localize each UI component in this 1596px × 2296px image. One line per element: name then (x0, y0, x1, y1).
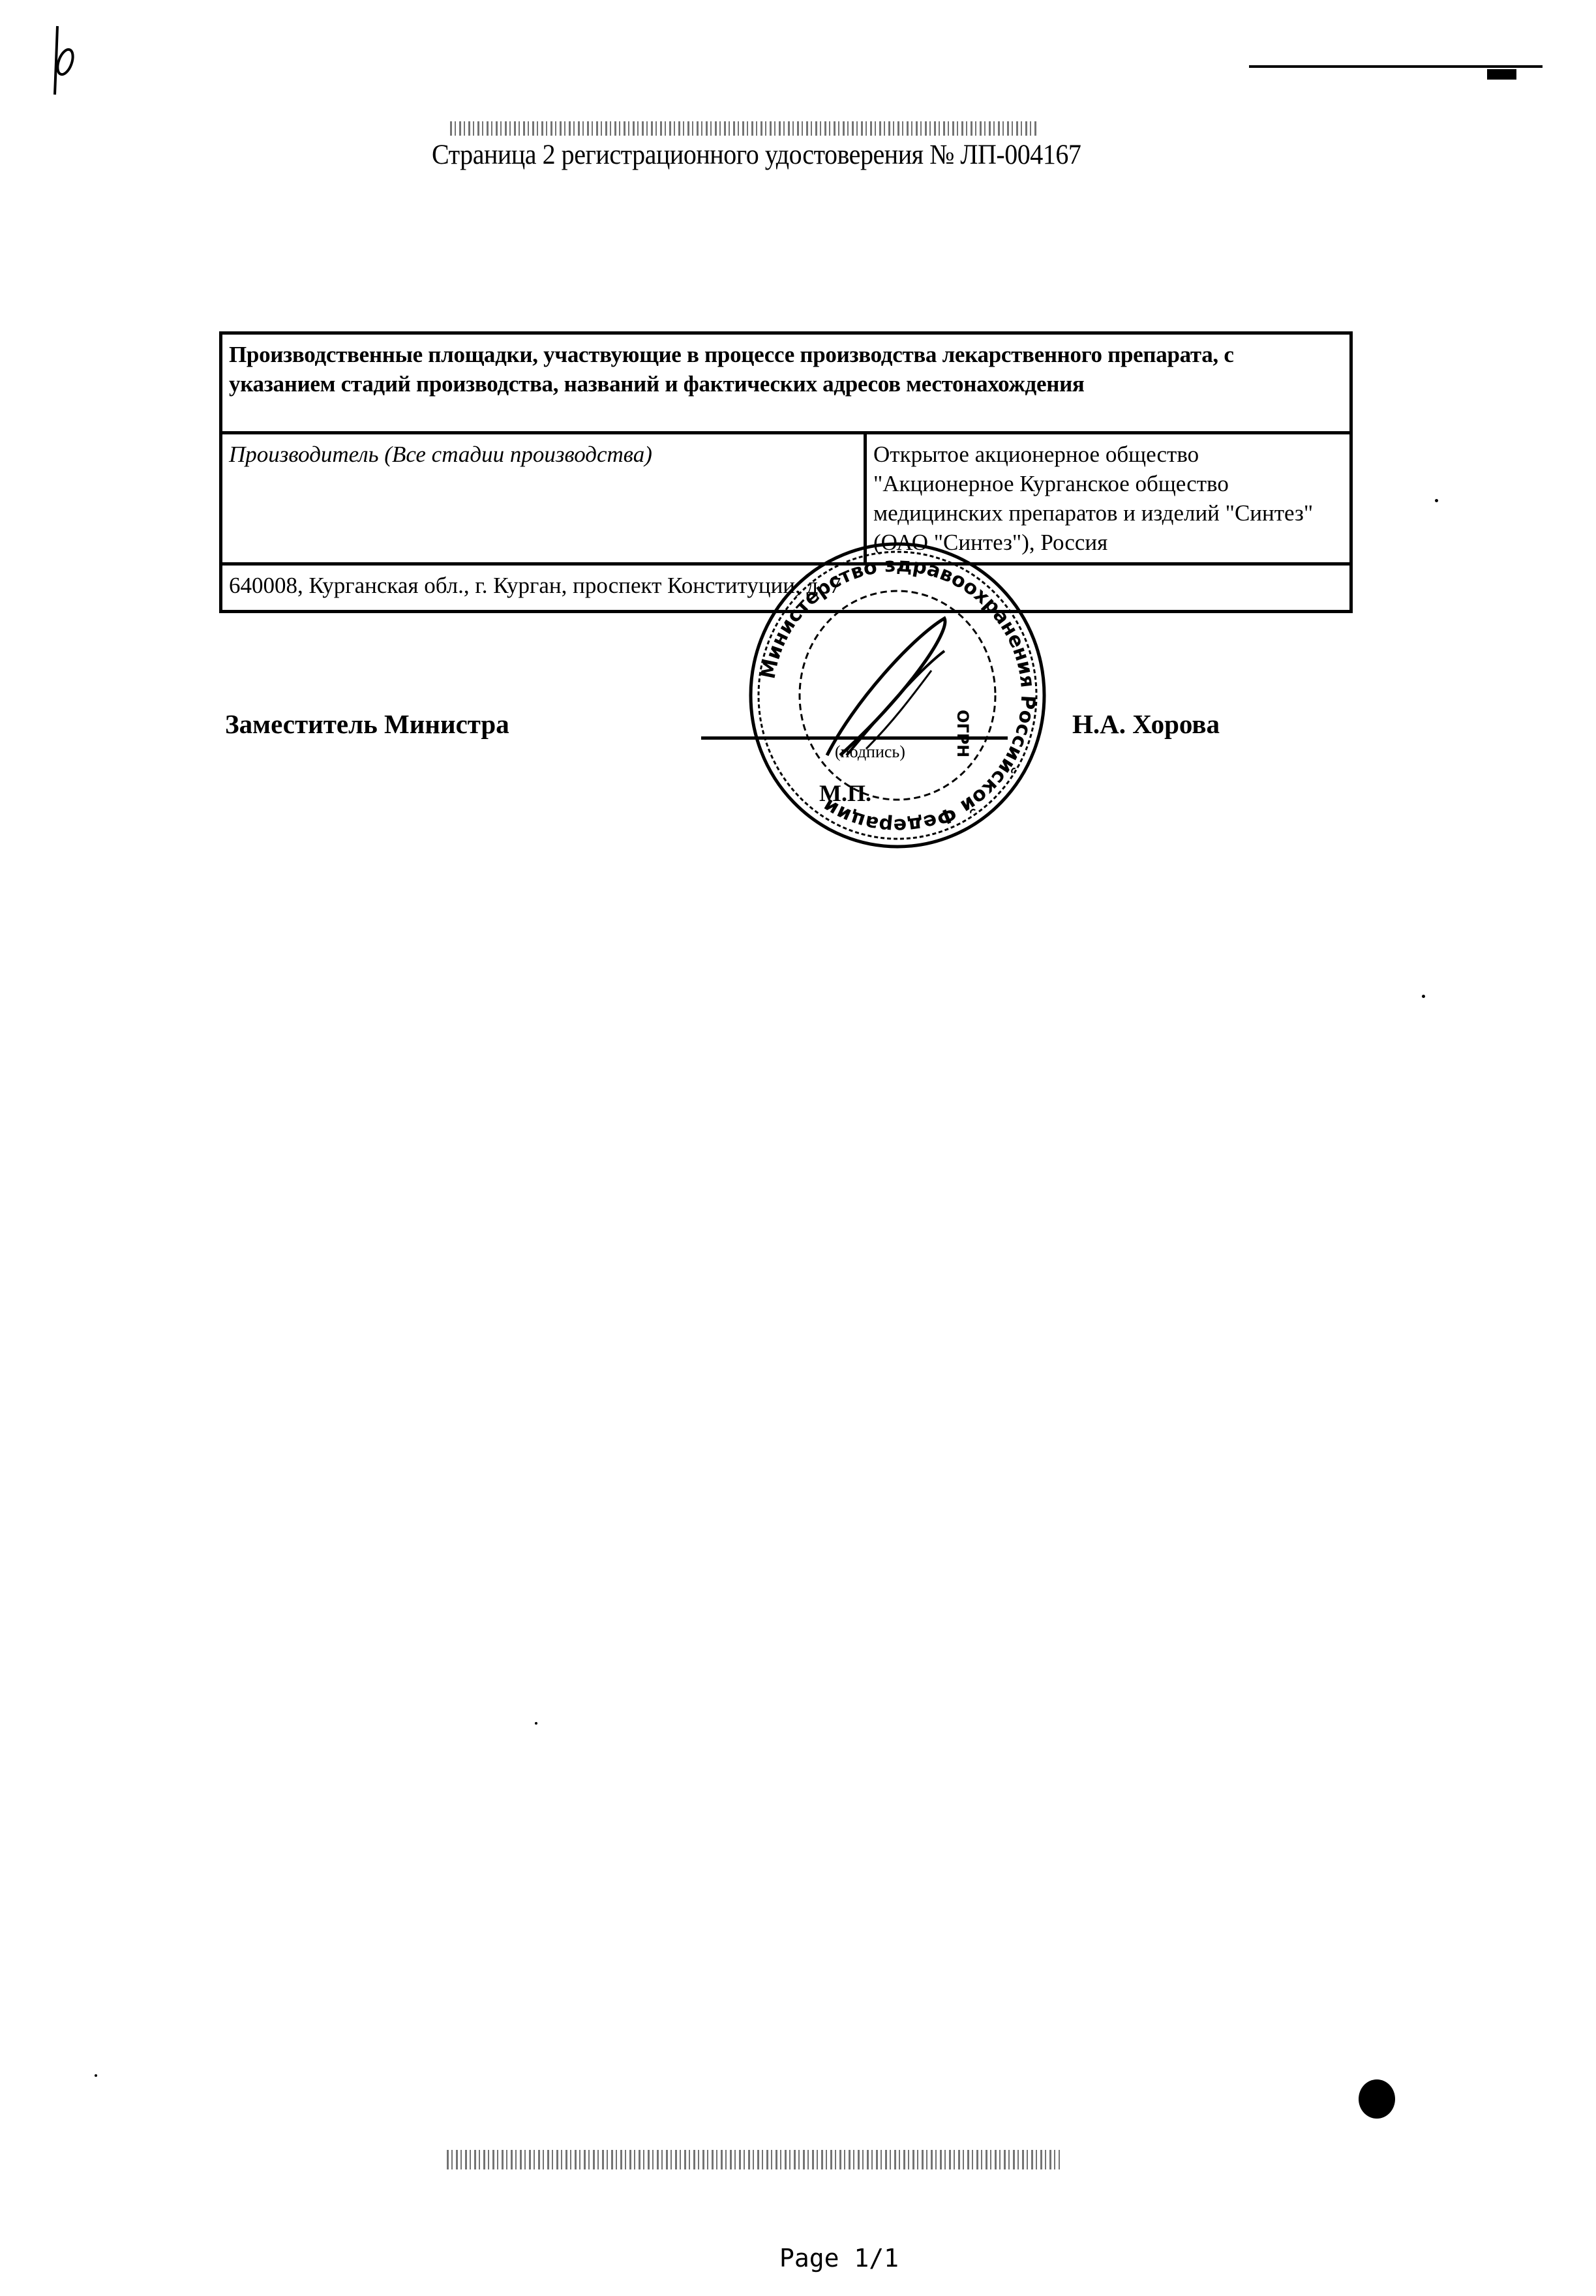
signer-title: Заместитель Министра (225, 708, 509, 740)
table-header-cell: Производственные площадки, участвующие в… (221, 333, 1351, 433)
stamp-place-label: М.П. (819, 779, 871, 807)
signature-caption: (подпись) (835, 742, 905, 762)
scan-speck (535, 1722, 537, 1725)
svg-text:ОГРН: ОГРН (954, 710, 972, 757)
fax-header-rule (1249, 65, 1543, 68)
fax-header-block (1487, 69, 1516, 80)
page-title: Страница 2 регистрационного удостоверени… (432, 139, 1081, 171)
official-stamp-icon: Министерство здравоохранения Российской … (742, 540, 1053, 851)
handwritten-initial-mark (52, 23, 85, 101)
punch-hole-mark (1359, 2079, 1395, 2119)
scan-noise-footer (447, 2150, 1060, 2169)
scan-noise-header (450, 121, 1037, 136)
signer-name: Н.А. Хорова (1072, 708, 1220, 740)
scan-speck (1422, 995, 1425, 998)
footer-page-number: Page 1/1 (779, 2244, 899, 2273)
manufacturer-role: Производитель (Все стадии производства) (229, 442, 652, 467)
scan-speck (1435, 499, 1438, 502)
scan-speck (95, 2074, 97, 2077)
